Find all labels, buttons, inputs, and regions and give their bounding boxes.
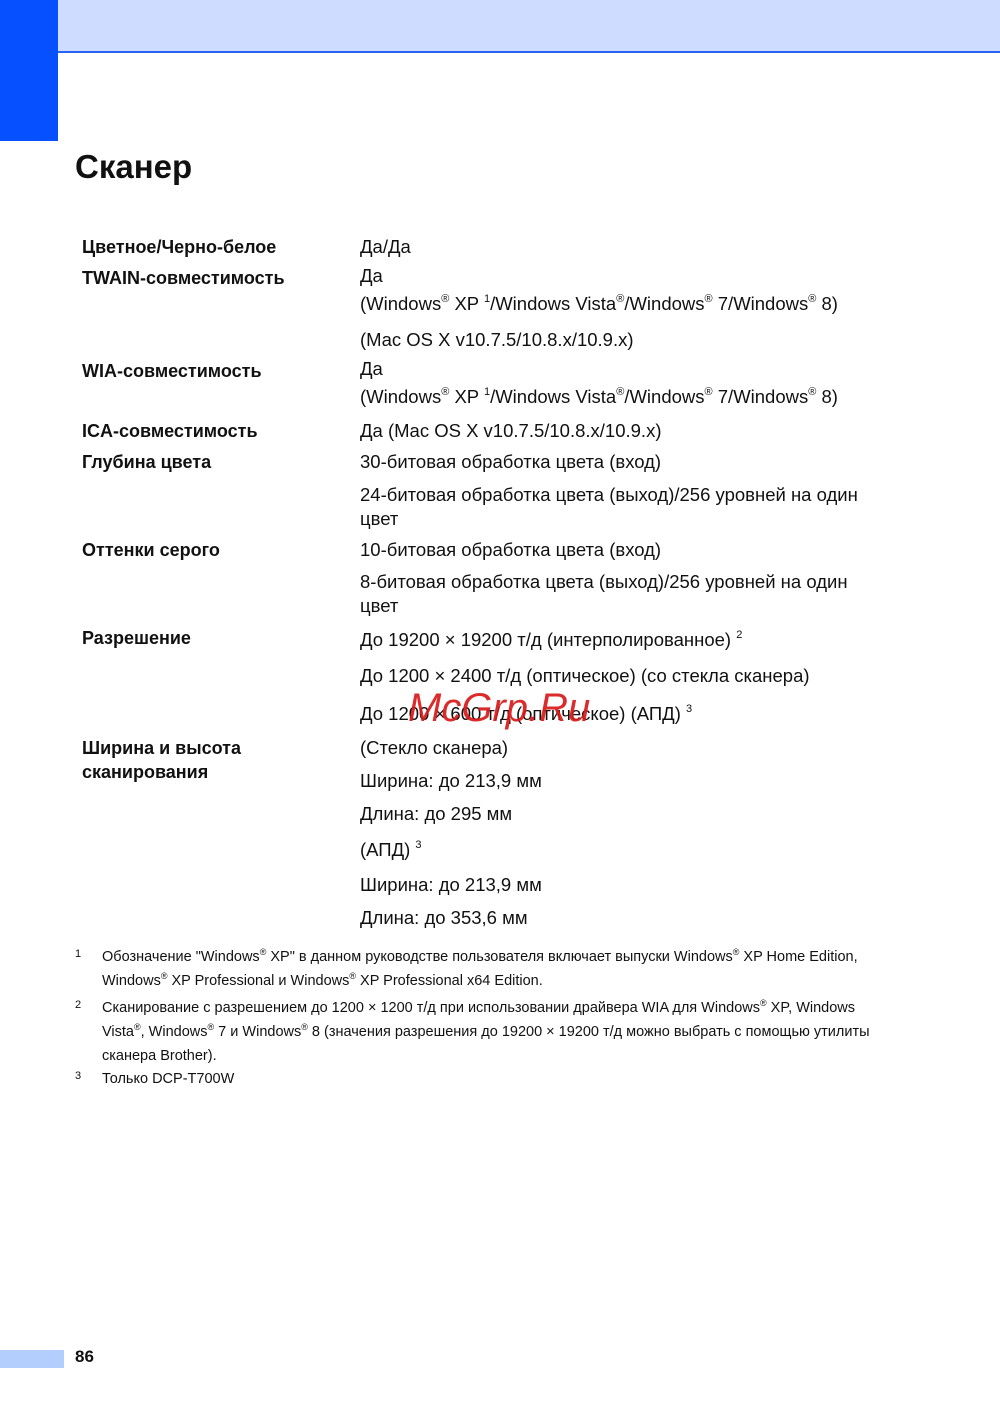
footnote-text: Обозначение "Windows® XP" в данном руков… <box>102 945 882 993</box>
spec-label-grayscale: Оттенки серого <box>82 538 352 562</box>
spec-value: (Windows® XP 1/Windows Vista®/Windows® 7… <box>360 292 920 316</box>
spec-value: Да (Mac OS X v10.7.5/10.8.x/10.9.x) <box>360 419 920 443</box>
spec-value: Да/Да <box>360 235 920 259</box>
spec-value: До 1200 × 2400 т/д (оптическое) (со стек… <box>360 664 920 688</box>
header-band <box>58 0 1000 53</box>
spec-value: Ширина: до 213,9 мм <box>360 769 920 793</box>
page-number: 86 <box>75 1347 94 1367</box>
spec-label-color-mono: Цветное/Черно-белое <box>82 235 352 259</box>
chapter-tab <box>0 0 58 141</box>
spec-label-color-depth: Глубина цвета <box>82 450 352 474</box>
page-title: Сканер <box>75 148 192 186</box>
spec-value: До 1200 × 600 т/д (оптическое) (АПД) 3 <box>360 702 920 726</box>
spec-value: (Стекло сканера) <box>360 736 920 760</box>
spec-value: До 19200 × 19200 т/д (интерполированное)… <box>360 628 920 652</box>
footnote-number: 1 <box>75 947 81 961</box>
spec-value: 8-битовая обработка цвета (выход)/256 ур… <box>360 570 890 618</box>
spec-value: 10-битовая обработка цвета (вход) <box>360 538 920 562</box>
footer-bar <box>0 1350 64 1368</box>
spec-value: Ширина: до 213,9 мм <box>360 873 920 897</box>
spec-label-twain: TWAIN-совместимость <box>82 266 352 290</box>
spec-value: 24-битовая обработка цвета (выход)/256 у… <box>360 483 900 531</box>
footnote-text: Только DCP-T700W <box>102 1067 882 1091</box>
spec-label-resolution: Разрешение <box>82 626 352 650</box>
spec-label-ica: ICA-совместимость <box>82 419 352 443</box>
spec-value: Да <box>360 357 920 381</box>
footnote-text: Сканирование с разрешением до 1200 × 120… <box>102 996 882 1068</box>
spec-value: (Mac OS X v10.7.5/10.8.x/10.9.x) <box>360 328 920 352</box>
spec-label-wia: WIA-совместимость <box>82 359 352 383</box>
spec-value: Длина: до 353,6 мм <box>360 906 920 930</box>
spec-label-scan-size: Ширина и высота сканирования <box>82 736 282 784</box>
spec-value: Да <box>360 264 920 288</box>
spec-value: (Windows® XP 1/Windows Vista®/Windows® 7… <box>360 385 920 409</box>
footnote-number: 2 <box>75 998 81 1012</box>
footnote-number: 3 <box>75 1069 81 1083</box>
spec-value: Длина: до 295 мм <box>360 802 920 826</box>
spec-value: (АПД) 3 <box>360 838 920 862</box>
spec-value: 30-битовая обработка цвета (вход) <box>360 450 920 474</box>
